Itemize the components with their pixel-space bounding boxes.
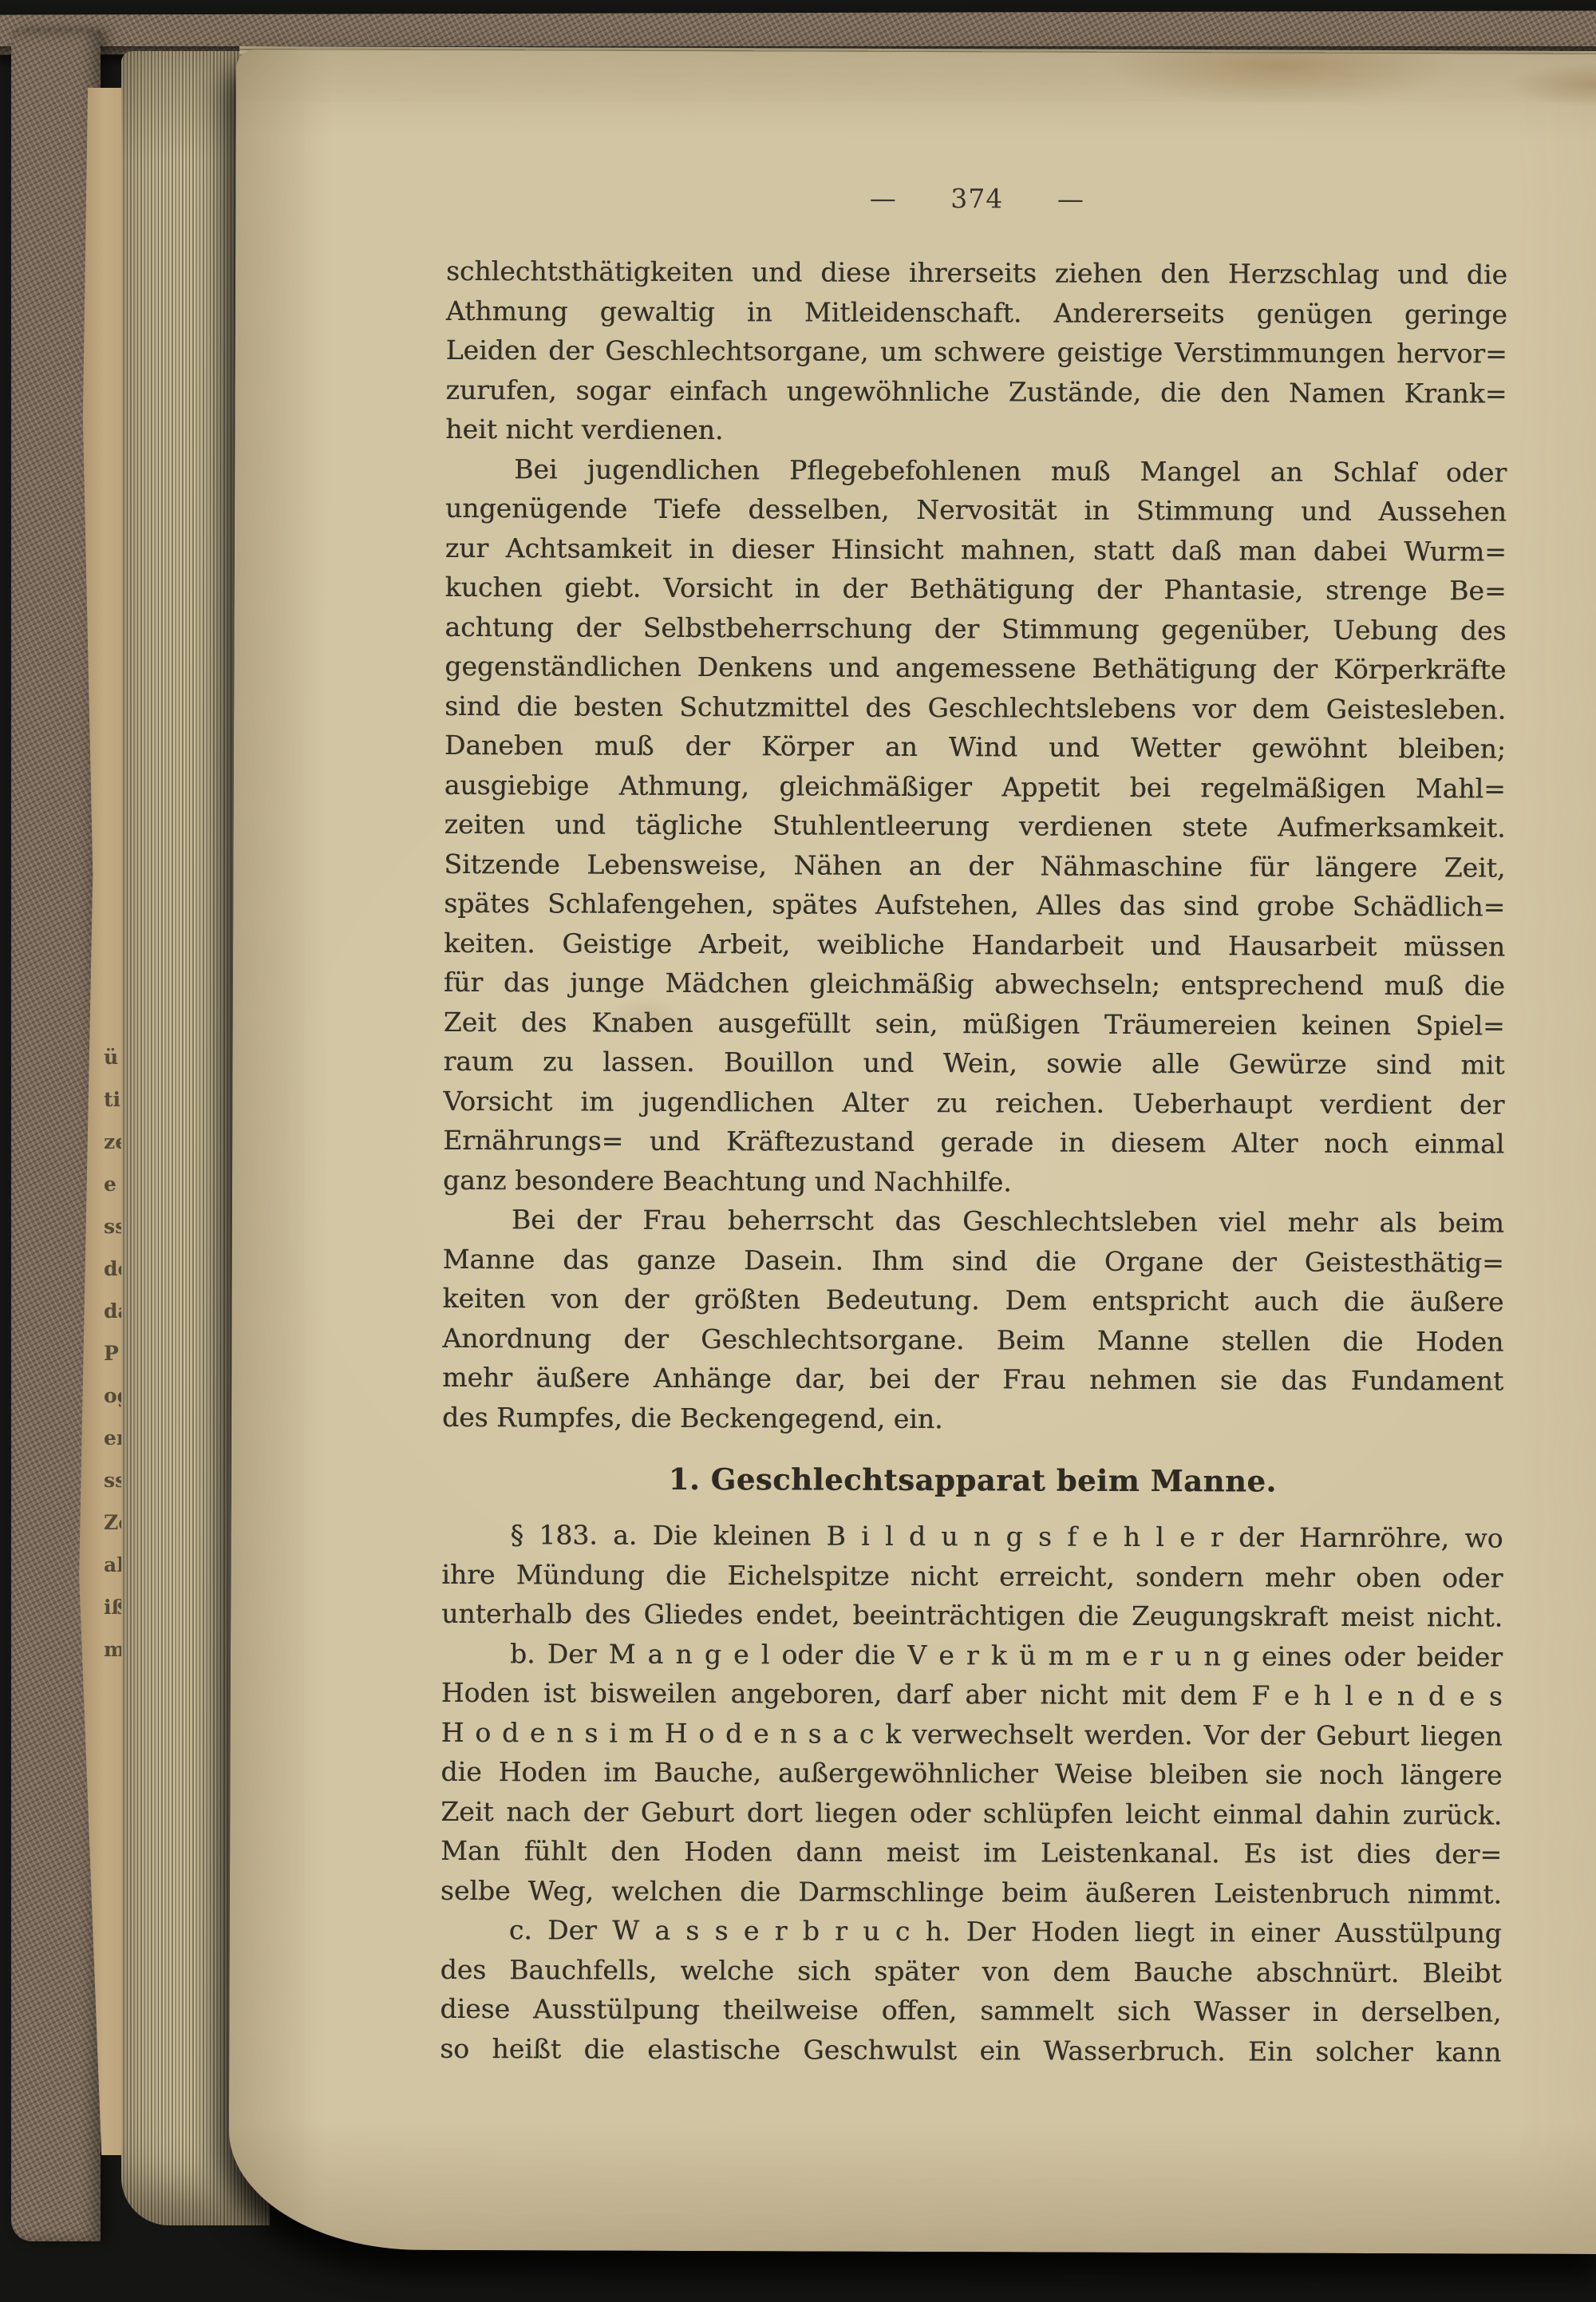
paragraph: schlechtsthätigkeiten und diese ihrersei… <box>445 251 1507 453</box>
page-number: — 374 — <box>446 181 1507 216</box>
paragraph: c. Der W a s s e r b r u c h. Der Hoden … <box>440 1910 1502 2072</box>
paragraph: b. Der M a n g e l oder die V e r k ü m … <box>440 1633 1503 1913</box>
section-heading: 1. Geschlechtsapparat beim Manne. <box>442 1454 1503 1506</box>
paragraph: § 183. a. Die kleinen B i l d u n g s f … <box>441 1515 1503 1637</box>
book-scan-photo: ütizeessdcdaPogensseZealißmd — 374 — sch… <box>0 0 1596 2302</box>
book-page: — 374 — schlechtsthätigkeiten und diese … <box>228 49 1596 2254</box>
paragraph: Bei der Frau beherrscht das Geschlechtsl… <box>442 1200 1504 1441</box>
paragraph: Bei jugendlichen Pflegebefohlenen muß Ma… <box>443 449 1507 1203</box>
body-text: schlechtsthätigkeiten und diese ihrersei… <box>440 251 1507 2072</box>
